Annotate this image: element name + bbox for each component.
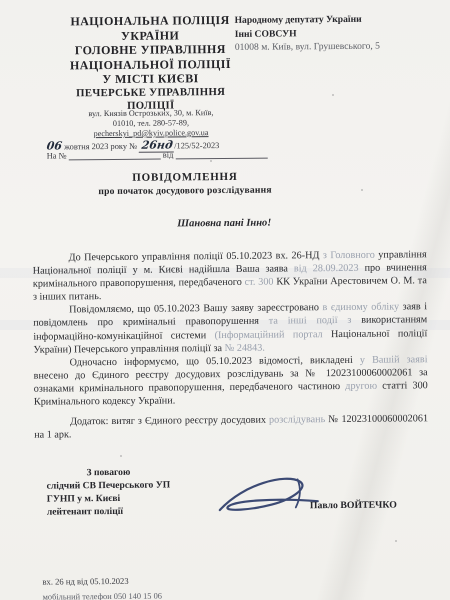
paragraph-registration: Повідомляємо, що 05.10.2023 Вашу заяву з… <box>33 301 427 357</box>
letter-body: До Печерського управління поліції 05.10.… <box>33 248 429 442</box>
document-title: ПОВІДОМЛЕННЯ <box>0 170 371 185</box>
outgoing-number-suffix: /125/52-2023 <box>174 141 219 150</box>
ref-na-label: На № <box>47 151 67 160</box>
paragraph-attachment: Додаток: витяг з Єдиного реєстру досудов… <box>34 412 428 442</box>
document-subtitle: про початок досудового розслідування <box>0 184 371 198</box>
body-segment: Додаток: витяг з Єдиного реєстру досудов… <box>70 415 269 428</box>
body-segment: внесено до Єдиного реєстру досудових роз… <box>34 367 420 381</box>
body-segment: Повідомляємо, що 05.10.2023 Вашу заяву з… <box>69 303 323 316</box>
body-segment-faded: другою <box>345 381 382 392</box>
salutation: Шановна пані Інно! <box>59 217 389 231</box>
body-segment-faded: з Головного <box>323 250 379 261</box>
body-segment-faded: № 24843. <box>225 342 265 353</box>
ref-number-blank <box>69 151 161 161</box>
body-segment: Одночасно інформуємо, що 05.10.2023 відо… <box>69 355 359 369</box>
org-letterhead: НАЦІОНАЛЬНА ПОЛІЦІЯ УКРАЇНИ ГОЛОВНЕ УПРА… <box>33 13 269 114</box>
body-segment-faded: у Вашій заяві <box>360 354 428 366</box>
ref-date-blank <box>175 150 267 160</box>
scanned-letter-page: НАЦІОНАЛЬНА ПОЛІЦІЯ УКРАЇНИ ГОЛОВНЕ УПРА… <box>0 0 450 600</box>
org-contacts: вул. Князів Острозьких, 30, м. Київ, 010… <box>33 108 268 140</box>
reference-number-line: На № від <box>47 149 307 160</box>
body-segment-faded: ст. 300 <box>245 277 277 288</box>
body-segment-faded: розслідувань <box>269 414 328 426</box>
signer-name: Павло ВОЙТЕЧКО <box>310 500 397 512</box>
recipient-block: Народному депутату України Інні СОВСУН 0… <box>235 12 445 54</box>
handwritten-signature <box>214 471 324 527</box>
ref-vid-label: від <box>163 150 174 159</box>
org-email: pecherskyi_pd@kyiv.police.gov.ua <box>94 128 209 138</box>
recipient-address: 01008 м. Київ, вул. Грушевського, 5 <box>235 39 445 54</box>
body-segment-faded: від 28.09.2023 <box>294 263 365 275</box>
document-title-block: ПОВІДОМЛЕННЯ про початок досудового розс… <box>0 170 371 198</box>
body-segment-faded: та інші події з <box>269 315 361 327</box>
paragraph-intake: До Печерського управління поліції 05.10.… <box>33 248 427 304</box>
body-segment-faded: в єдиному обліку <box>322 302 402 314</box>
body-segment: До Печерського управління поліції 05.10.… <box>69 250 323 263</box>
paragraph-erdr-entry: Одночасно інформуємо, що 05.10.2023 відо… <box>33 353 427 409</box>
footer-incoming-number: вх. 26 нд від 05.10.2023 <box>42 576 128 587</box>
body-segment-faded: (Інформаційний портал <box>215 329 332 341</box>
footer-clipped-line: мобільний телефон 050 140 15 06 <box>43 590 343 600</box>
